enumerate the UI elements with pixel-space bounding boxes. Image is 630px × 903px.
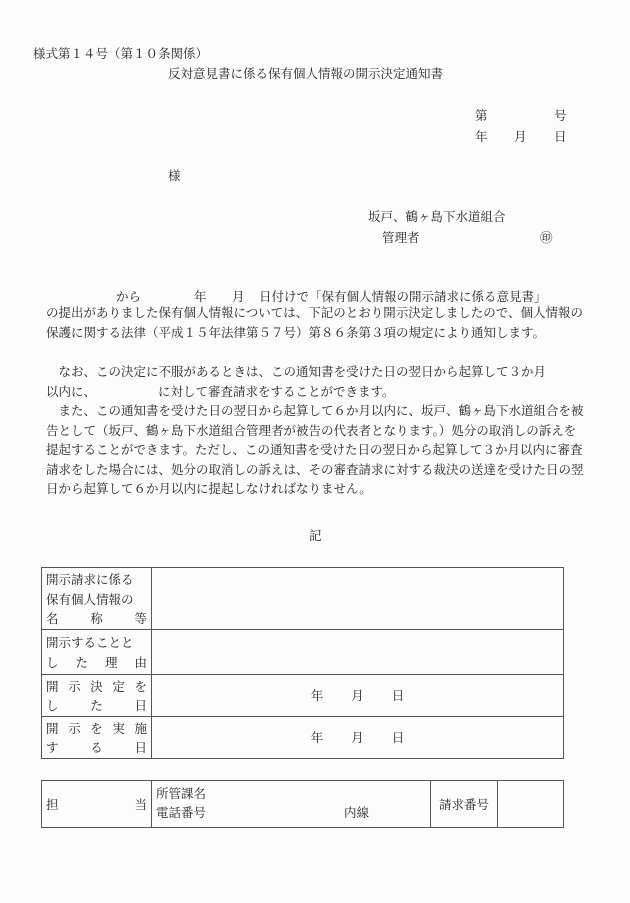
value-decision-date[interactable]: 年月日 [152,674,564,716]
document-title: 反対意見書に係る保有個人情報の開示決定通知書 [168,68,443,81]
label-line: 開示決定を [46,677,147,697]
phone-label: 電話番号 [156,805,206,820]
label-char: 担 [46,795,59,815]
label-char: す [46,738,59,758]
table-row-reason: 開示することと した理由 [42,629,564,674]
label-char: た [90,696,103,716]
label-char: 理 [105,653,118,673]
doc-date-month: 月 [514,131,527,144]
label-char: を [134,677,147,697]
body-month: 月 [232,291,245,304]
issuer-title: 管理者 [382,232,420,245]
label-line: 開示を実施 [46,719,147,739]
disclosure-table: 開示請求に係る 保有個人情報の 名称等 開示することと した理由 開示決定を し… [41,567,564,759]
form-number: 様式第１４号（第１０条関係） [33,48,208,61]
label-char: 等 [134,609,147,629]
contact-table: 担当 所管課名 電話番号 内線 請求番号 [41,780,564,828]
doc-date-year: 年 [475,131,488,144]
label-info-name: 開示請求に係る 保有個人情報の 名称等 [42,568,152,630]
label-char: 実 [112,719,125,739]
label-char: 開 [46,719,59,739]
doc-number-suffix: 号 [554,110,567,123]
body-paragraph-2-within: 以内に、 [46,384,96,399]
label-char: 決 [90,677,103,697]
body-paragraph-2-line1: なお、この決定に不服があるときは、この通知書を受けた日の翌日から起算して３か月 [46,362,584,382]
label-char: 当 [134,795,147,815]
date-year: 年 [311,686,324,704]
value-disclosure-date[interactable]: 年月日 [152,716,564,758]
label-char: 日 [134,696,147,716]
body-paragraph-1-text: の提出がありました保有個人情報については、下記のとおり開示決定しましたので、個人… [46,303,584,342]
body-line1-rest: 日付けで「保有個人情報の開示請求に係る意見書」 [259,291,547,304]
table-row-decision-date: 開示決定を した日 年月日 [42,674,564,716]
label-line: 開示することと [46,633,147,653]
label-person-in-charge: 担当 [42,781,152,828]
label-line: 名称等 [46,609,147,629]
issuer-organization: 坂戸、鶴ヶ島下水道組合 [368,211,506,224]
body-year: 年 [194,291,207,304]
value-reason[interactable] [152,629,564,674]
date-day: 日 [392,728,405,746]
value-info-name[interactable] [152,568,564,630]
request-number-label: 請求番号 [431,781,498,828]
date-month: 月 [351,686,364,704]
label-reason: 開示することと した理由 [42,629,152,674]
table-row-disclosure-date: 開示を実施 する日 年月日 [42,716,564,758]
body-paragraph-2-appeal: に対して審査請求をすることができます。 [158,384,395,399]
phone-line: 電話番号 内線 [156,803,426,822]
label-line: 保有個人情報の [46,590,147,610]
label-disclosure-date: 開示を実施 する日 [42,716,152,758]
body-paragraph-1: の提出がありました保有個人情報については、下記のとおり開示決定しましたので、個人… [46,303,584,342]
doc-number-prefix: 第 [475,110,488,123]
body-paragraph-3: また、この通知書を受けた日の翌日から起算して６か月以内に、坂戸、鶴ヶ島下水道組合… [46,401,584,499]
seal-mark: ㊞ [540,232,553,245]
label-char: 由 [134,653,147,673]
label-char: 施 [134,719,147,739]
label-char: し [46,696,59,716]
body-paragraph-2: なお、この決定に不服があるときは、この通知書を受けた日の翌日から起算して３か月 … [46,362,584,401]
label-char: 名 [46,609,59,629]
label-char: る [90,738,103,758]
date-year: 年 [311,728,324,746]
label-char: 定 [112,677,125,697]
label-decision-date: 開示決定を した日 [42,674,152,716]
ki-heading: 記 [309,530,322,543]
contact-row: 担当 所管課名 電話番号 内線 請求番号 [42,781,564,828]
date-day: 日 [392,686,405,704]
body-paragraph-3-text: また、この通知書を受けた日の翌日から起算して６か月以内に、坂戸、鶴ヶ島下水道組合… [46,401,584,499]
label-char: た [75,653,88,673]
label-char: し [46,653,59,673]
label-char: 開 [46,677,59,697]
doc-date-day: 日 [554,131,567,144]
contact-details[interactable]: 所管課名 電話番号 内線 [152,781,431,828]
label-char: を [90,719,103,739]
request-number-value[interactable] [498,781,564,828]
label-char: 示 [68,719,81,739]
extension-label: 内線 [344,803,369,822]
body-from: から [116,291,141,304]
addressee-suffix: 様 [168,170,181,183]
label-line: 開示請求に係る [46,570,147,590]
label-char: 称 [90,609,103,629]
label-line: する日 [46,738,147,758]
body-paragraph-2-line2: 以内に、に対して審査請求をすることができます。 [46,382,584,402]
label-line: 担当 [46,795,147,815]
label-line: した日 [46,696,147,716]
label-char: 日 [134,738,147,758]
label-char: 示 [68,677,81,697]
table-row-info-name: 開示請求に係る 保有個人情報の 名称等 [42,568,564,630]
department-label: 所管課名 [156,784,426,803]
label-line: した理由 [46,653,147,673]
date-month: 月 [351,728,364,746]
